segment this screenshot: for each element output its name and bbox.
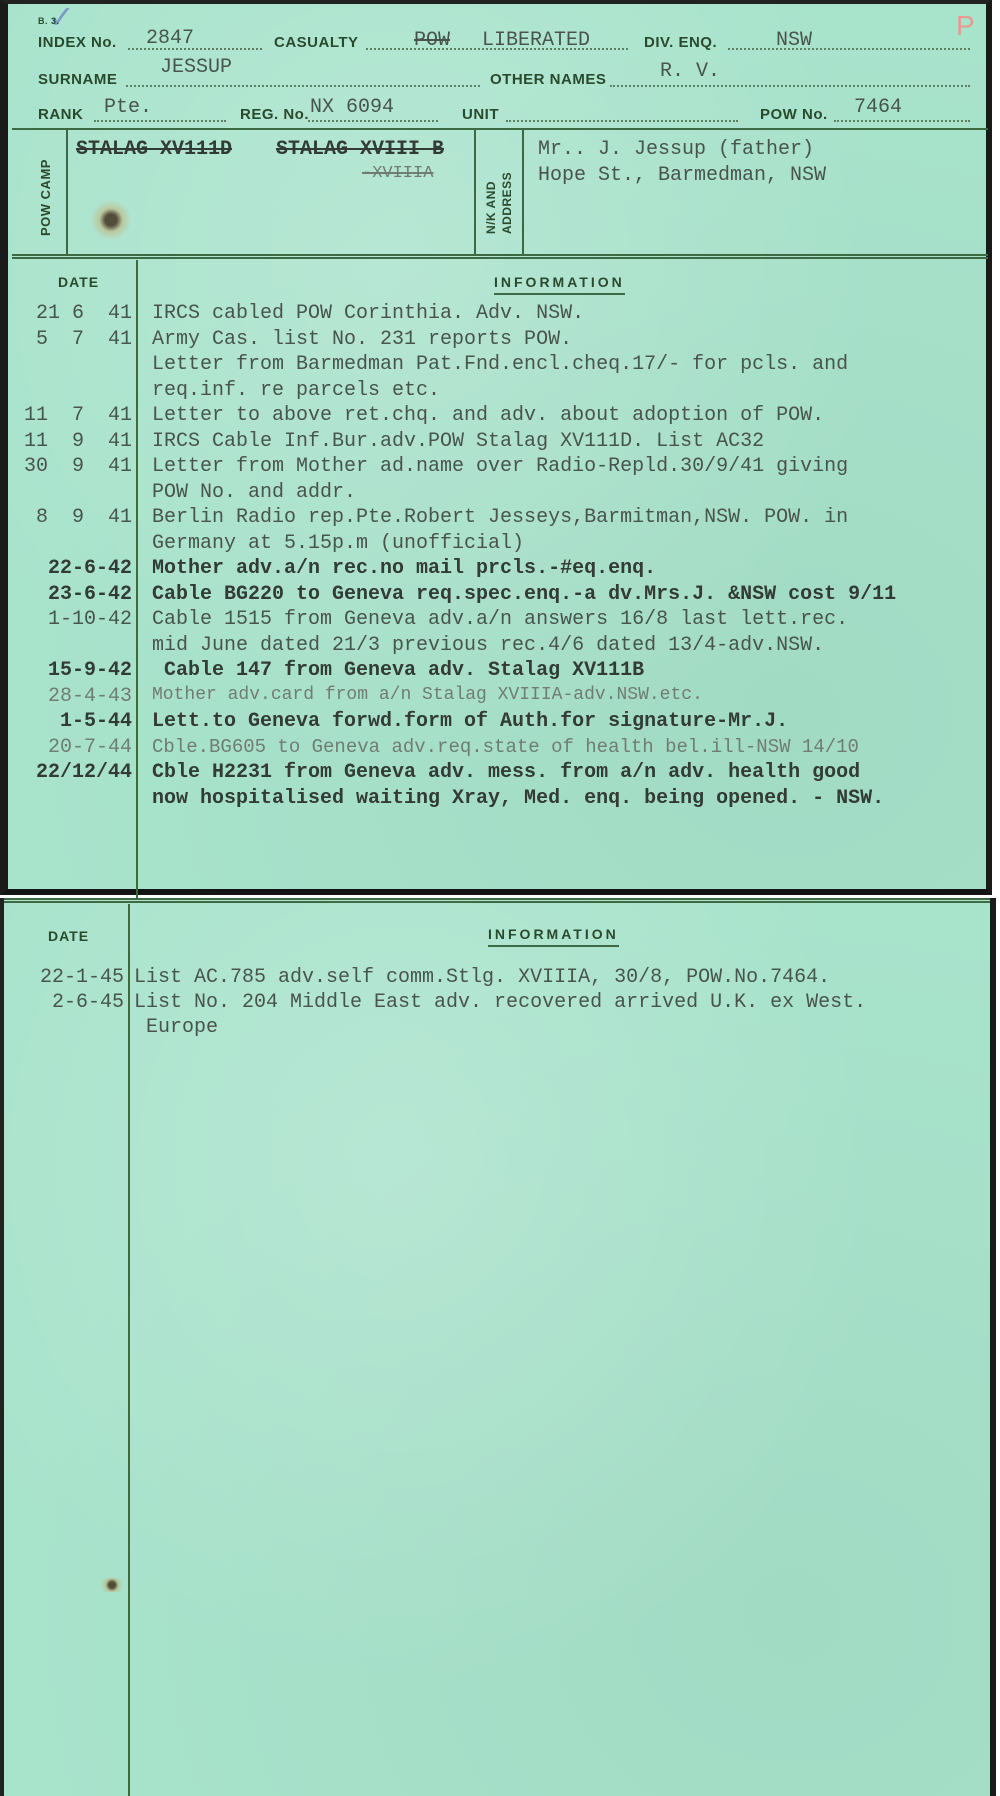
divider bbox=[522, 129, 524, 256]
log-entry-text: Letter from Mother ad.name over Radio-Re… bbox=[152, 455, 848, 478]
date-header: DATE bbox=[48, 928, 89, 944]
date-header: DATE bbox=[58, 274, 99, 290]
pow-no-value: 7464 bbox=[854, 96, 902, 119]
unit-label: UNIT bbox=[462, 106, 499, 123]
rank-value: Pte. bbox=[104, 96, 152, 119]
nk-label-line2: ADDRESS bbox=[500, 172, 514, 234]
ink-stain bbox=[90, 200, 132, 240]
log-entry-text: Lett.to Geneva forwd.form of Auth.for si… bbox=[152, 710, 788, 733]
log-entry-text: Cble H2231 from Geneva adv. mess. from a… bbox=[152, 761, 860, 784]
form-code: B. 3. bbox=[38, 16, 60, 26]
casualty-label: CASUALTY bbox=[274, 34, 359, 51]
log-entry-text: Cable BG220 to Geneva req.spec.enq.-a dv… bbox=[152, 583, 896, 606]
date-column-divider bbox=[136, 260, 138, 900]
log-entry-text: List AC.785 adv.self comm.Stlg. XVIIIA, … bbox=[134, 966, 830, 989]
reg-no-label: REG. No. bbox=[240, 106, 309, 123]
casualty-struck-value: POW bbox=[414, 29, 450, 52]
other-names-value: R. V. bbox=[660, 60, 720, 83]
pow-camp-entry: STALAG XV111D bbox=[76, 138, 232, 161]
pencil-letter-mark: P bbox=[956, 10, 975, 42]
pow-camp-entry: -XVIIIA bbox=[362, 164, 433, 183]
log-entry-text: Germany at 5.15p.m (unofficial) bbox=[152, 532, 524, 555]
index-no-label: INDEX No. bbox=[38, 34, 117, 51]
rank-label: RANK bbox=[38, 106, 83, 123]
log-entry-text: Cable 147 from Geneva adv. Stalag XV111B bbox=[152, 659, 644, 682]
divider bbox=[12, 128, 988, 130]
log-date: 1-5-44 bbox=[14, 710, 132, 733]
log-date: 8 9 41 bbox=[14, 506, 132, 529]
ink-mark bbox=[98, 1578, 126, 1592]
log-entry-text: List No. 204 Middle East adv. recovered … bbox=[134, 991, 866, 1014]
surname-value: JESSUP bbox=[160, 56, 232, 79]
log-entry-text: Letter to above ret.chq. and adv. about … bbox=[152, 404, 824, 427]
log-date: 11 7 41 bbox=[14, 404, 132, 427]
log-entry-text: Cable 1515 from Geneva adv.a/n answers 1… bbox=[152, 608, 848, 631]
log-date: 20-7-44 bbox=[14, 736, 132, 759]
other-names-label: OTHER NAMES bbox=[490, 71, 606, 88]
log-entry-text: POW No. and addr. bbox=[152, 481, 356, 504]
divider bbox=[474, 129, 476, 256]
log-entry-text: Mother adv.a/n rec.no mail prcls.-#eq.en… bbox=[152, 557, 656, 580]
surname-label: SURNAME bbox=[38, 71, 117, 88]
log-entry-text: Mother adv.card from a/n Stalag XVIIIA-a… bbox=[152, 685, 703, 705]
log-date: 28-4-43 bbox=[14, 685, 132, 708]
casualty-value: LIBERATED bbox=[482, 29, 590, 52]
log-date: 1-10-42 bbox=[14, 608, 132, 631]
date-column-divider bbox=[128, 904, 130, 1796]
log-entry-text: mid June dated 21/3 previous rec.4/6 dat… bbox=[152, 634, 824, 657]
pow-no-label: POW No. bbox=[760, 106, 828, 123]
log-date: 22-1-45 bbox=[6, 966, 124, 989]
log-entry-text: now hospitalised waiting Xray, Med. enq.… bbox=[152, 787, 884, 810]
log-entry-text: Cble.BG605 to Geneva adv.req.state of he… bbox=[152, 736, 859, 758]
log-date: 11 9 41 bbox=[14, 430, 132, 453]
nk-address-line: Hope St., Barmedman, NSW bbox=[538, 164, 826, 187]
log-entry-text: Letter from Barmedman Pat.Fnd.encl.cheq.… bbox=[152, 353, 848, 376]
log-date: 23-6-42 bbox=[14, 583, 132, 606]
log-date: 21 6 41 bbox=[14, 302, 132, 325]
log-date: 2-6-45 bbox=[6, 991, 124, 1014]
divider bbox=[66, 129, 68, 256]
pow-camp-label: POW CAMP bbox=[38, 159, 53, 236]
log-date: 5 7 41 bbox=[14, 328, 132, 351]
div-enq-value: NSW bbox=[776, 29, 812, 52]
log-entry-text: IRCS cabled POW Corinthia. Adv. NSW. bbox=[152, 302, 584, 325]
divider bbox=[12, 254, 988, 259]
log-date: 22/12/44 bbox=[14, 761, 132, 784]
pow-camp-entry: STALAG XVIII B bbox=[276, 138, 444, 161]
nk-address-line: Mr.. J. Jessup (father) bbox=[538, 138, 814, 161]
index-no-value: 2847 bbox=[146, 27, 194, 50]
divider bbox=[4, 898, 990, 903]
log-date: 15-9-42 bbox=[14, 659, 132, 682]
record-card-back: DATE INFORMATION 22-1-45List AC.785 adv.… bbox=[0, 898, 996, 1796]
log-entry-text: Europe bbox=[134, 1016, 218, 1039]
information-header: INFORMATION bbox=[494, 274, 625, 295]
reg-no-value: NX 6094 bbox=[310, 96, 394, 119]
log-entry-text: Berlin Radio rep.Pte.Robert Jesseys,Barm… bbox=[152, 506, 848, 529]
information-header: INFORMATION bbox=[488, 926, 619, 947]
log-date: 30 9 41 bbox=[14, 455, 132, 478]
log-entry-text: IRCS Cable Inf.Bur.adv.POW Stalag XV111D… bbox=[152, 430, 764, 453]
div-enq-label: DIV. ENQ. bbox=[644, 34, 717, 51]
log-date: 22-6-42 bbox=[14, 557, 132, 580]
record-card-front: ✓ P B. 3. INDEX No. 2847 CASUALTY POW LI… bbox=[0, 0, 992, 895]
log-entry-text: Army Cas. list No. 231 reports POW. bbox=[152, 328, 572, 351]
nk-label-line1: N/K AND bbox=[484, 181, 498, 234]
log-entry-text: req.inf. re parcels etc. bbox=[152, 379, 440, 402]
